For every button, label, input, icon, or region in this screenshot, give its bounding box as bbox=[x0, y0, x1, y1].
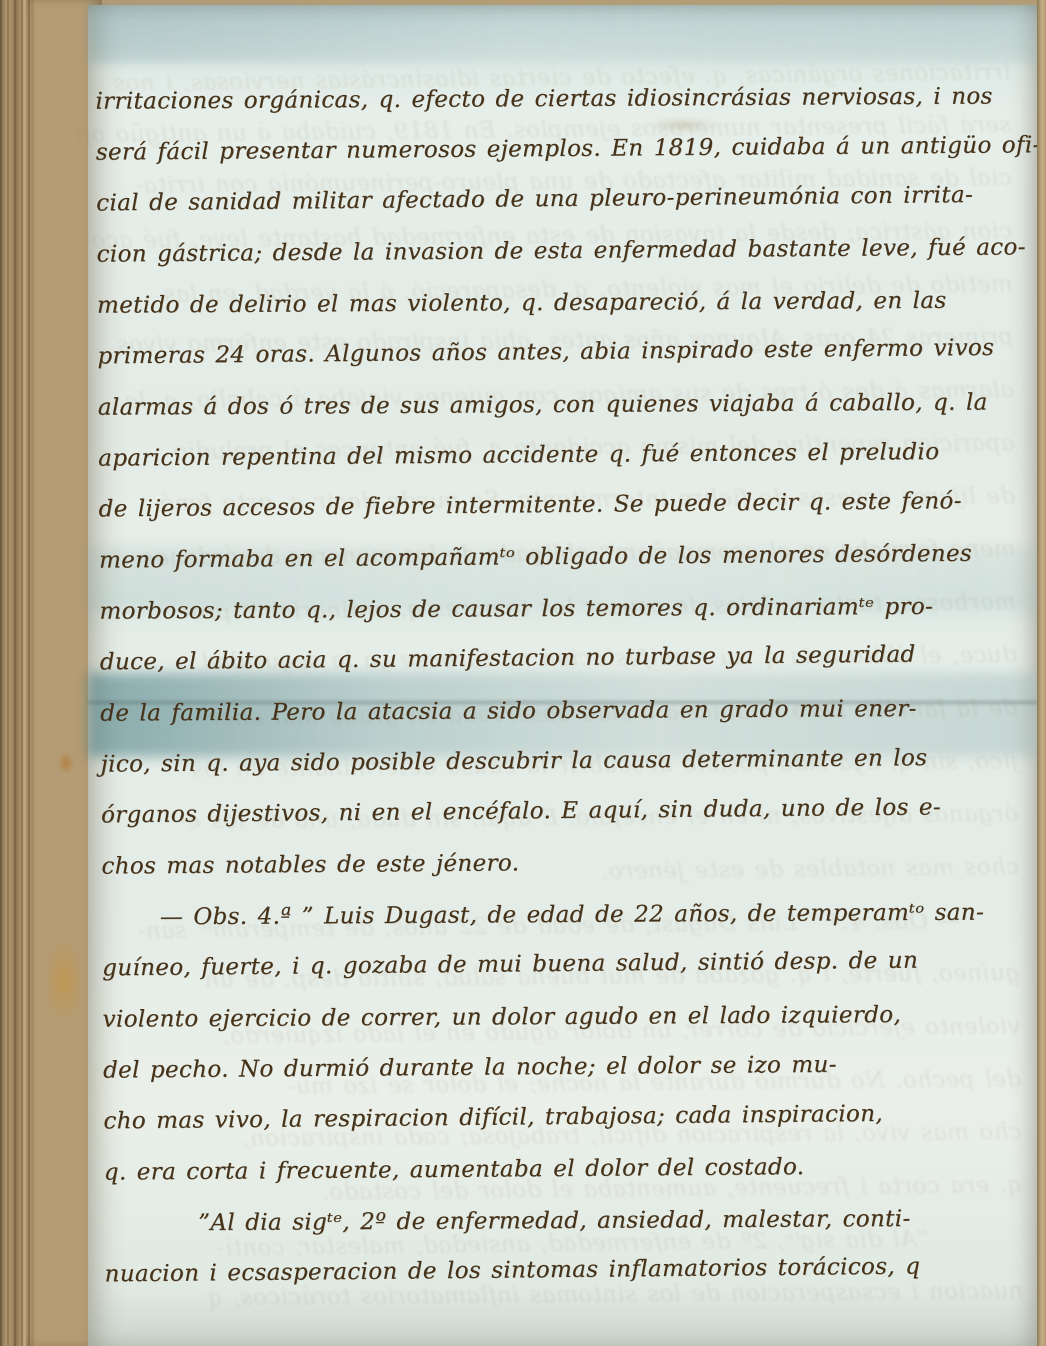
manuscript-line: meno formaba en el acompañamᵗᵒ obligado … bbox=[99, 528, 1022, 586]
manuscript-line: del pecho. No durmió durante la noche; e… bbox=[103, 1038, 1026, 1096]
manuscript-line: de lijeros accesos de fiebre intermitent… bbox=[98, 476, 1021, 536]
manuscript-line: nuacion i ecsasperacion de los sintomas … bbox=[104, 1241, 1027, 1301]
manuscript-page: irritaciones orgánicas, q. efecto de cie… bbox=[88, 5, 1037, 1346]
manuscript-line: q. era corta i frecuente, aumentaba el d… bbox=[104, 1140, 1027, 1198]
manuscript-line: violento ejercicio de correr, un dolor a… bbox=[102, 989, 1025, 1045]
manuscript-line: guíneo, fuerte, i q. gozaba de mui buena… bbox=[102, 935, 1025, 995]
manuscript-line: cion gástrica; desde la invasion de esta… bbox=[96, 222, 1019, 280]
manuscript-line: irritaciones orgánicas, q. efecto de cie… bbox=[95, 71, 1018, 127]
manuscript-line: cho mas vivo, la respiracion difícil, tr… bbox=[103, 1088, 1026, 1148]
manuscript-line: órganos dijestivos, ni en el encéfalo. E… bbox=[101, 782, 1024, 842]
manuscript-scan: irritaciones orgánicas, q. efecto de cie… bbox=[0, 0, 1046, 1346]
adjacent-page-edge bbox=[1037, 0, 1046, 1346]
manuscript-line: chos mas notables de este jénero. bbox=[101, 834, 1024, 892]
text-layer: irritaciones orgánicas, q. efecto de cie… bbox=[95, 69, 1028, 1300]
manuscript-line: de la familia. Pero la atacsia a sido ob… bbox=[100, 683, 1023, 739]
manuscript-line: primeras 24 oras. Algunos años antes, ab… bbox=[97, 323, 1020, 383]
manuscript-line: será fácil presentar numerosos ejemplos.… bbox=[96, 120, 1019, 178]
manuscript-line: cial de sanidad militar afectado de una … bbox=[96, 170, 1019, 230]
manuscript-line: aparicion repentina del mismo accidente … bbox=[98, 426, 1021, 484]
manuscript-line: duce, el ábito acia q. su manifestacion … bbox=[100, 629, 1023, 689]
manuscript-line: alarmas á dos ó tres de sus amigos, con … bbox=[98, 377, 1021, 433]
teal-tint-top bbox=[88, 5, 1037, 63]
manuscript-line: jico, sin q. aya sido posible descubrir … bbox=[100, 732, 1023, 790]
